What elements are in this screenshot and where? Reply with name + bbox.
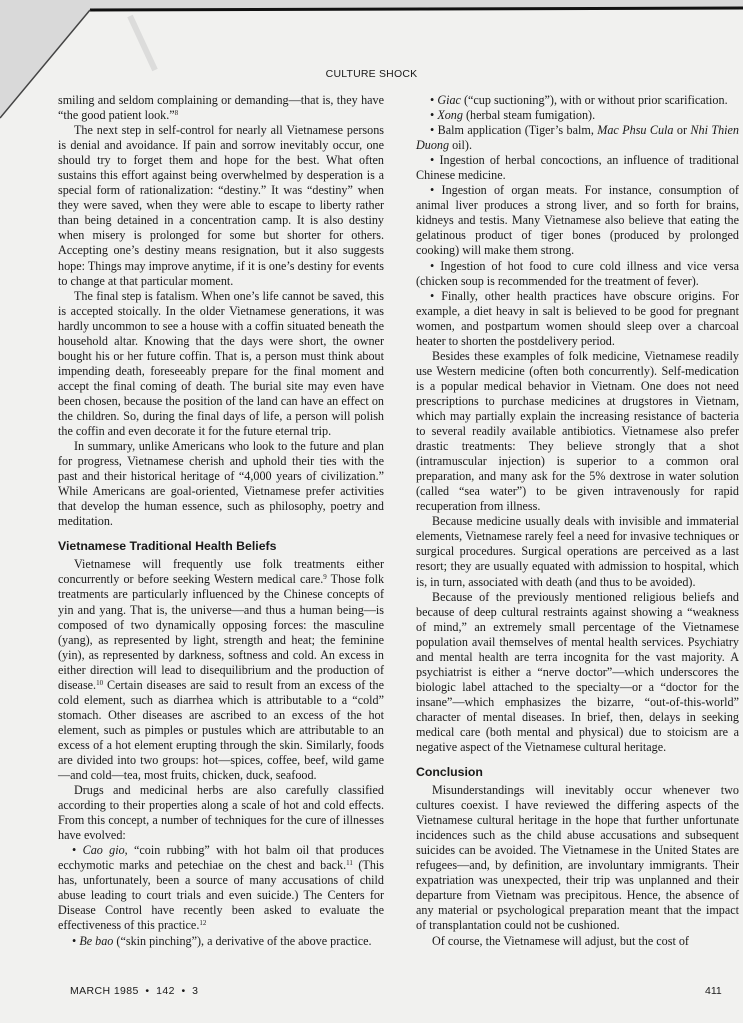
paragraph: Vietnamese will frequently use folk trea… [58, 557, 384, 783]
bullet-icon: • [72, 934, 76, 948]
bullet-item: • Giac (“cup suctioning”), with or witho… [416, 93, 739, 108]
bullet-item: • Be bao (“skin pinching”), a derivative… [58, 934, 384, 949]
bullet-item: • Ingestion of hot food to cure cold ill… [416, 259, 739, 289]
bullet-icon: • [430, 259, 434, 273]
footnote-ref: 12 [199, 919, 206, 927]
footnote-ref: 8 [175, 109, 179, 117]
paragraph: smiling and seldom complaining or demand… [58, 93, 384, 123]
bullet-item: • Ingestion of organ meats. For instance… [416, 183, 739, 258]
paragraph: Because of the previously mentioned reli… [416, 590, 739, 756]
paragraph: Drugs and medicinal herbs are also caref… [58, 783, 384, 843]
bullet-icon: • [430, 93, 434, 107]
bullet-item: • Ingestion of herbal concoctions, an in… [416, 153, 739, 183]
bullet-icon: • [430, 108, 434, 122]
bullet-icon: • [430, 153, 434, 167]
section-heading: Vietnamese Traditional Health Beliefs [58, 539, 384, 553]
bullet-item: • Finally, other health practices have o… [416, 289, 739, 349]
bullet-icon: • [430, 123, 434, 137]
right-column: • Giac (“cup suctioning”), with or witho… [416, 93, 739, 949]
footnote-ref: 11 [346, 859, 353, 867]
section-heading: Conclusion [416, 765, 739, 779]
paragraph: The final step is fatalism. When one’s l… [58, 289, 384, 439]
paragraph: Because medicine usually deals with invi… [416, 514, 739, 589]
paragraph: Misunderstandings will inevitably occur … [416, 783, 739, 933]
bullet-icon: • [430, 183, 434, 197]
paragraph: Besides these examples of folk medicine,… [416, 349, 739, 515]
bullet-item: • Cao gio, “coin rubbing” with hot balm … [58, 843, 384, 933]
paragraph: In summary, unlike Americans who look to… [58, 439, 384, 529]
paragraph: Of course, the Vietnamese will adjust, b… [416, 934, 739, 949]
bullet-item: • Balm application (Tiger’s balm, Mac Ph… [416, 123, 739, 153]
bullet-item: • Xong (herbal steam fumigation). [416, 108, 739, 123]
issue-footer: MARCH 1985 • 142 • 3 [70, 985, 198, 997]
scanned-page: CULTURE SHOCK smiling and seldom complai… [0, 0, 743, 1023]
left-column: smiling and seldom complaining or demand… [58, 93, 384, 949]
page-number: 411 [705, 985, 722, 997]
running-header: CULTURE SHOCK [0, 68, 743, 80]
bullet-icon: • [430, 289, 434, 303]
paragraph: The next step in self-control for nearly… [58, 123, 384, 289]
bullet-icon: • [72, 843, 76, 857]
